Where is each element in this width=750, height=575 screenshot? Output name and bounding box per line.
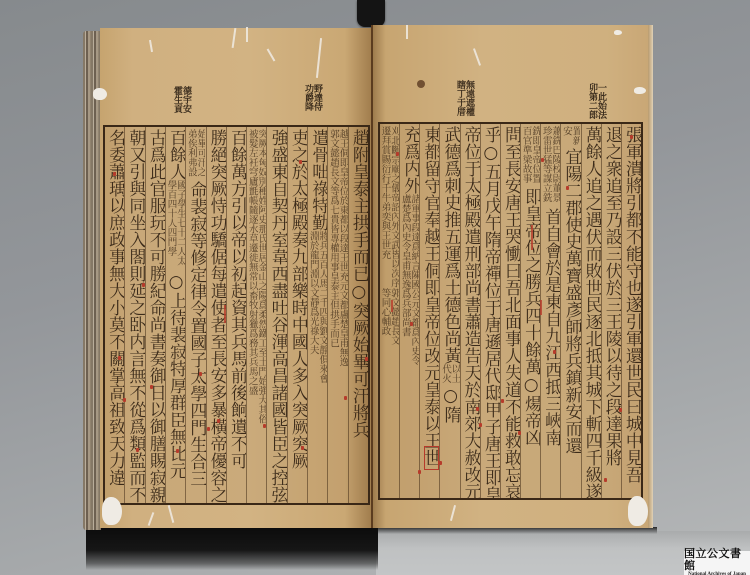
text-column: 帝位于太極殿遣刑部尚書蕭造告天於南郊大赦改元 xyxy=(460,124,480,498)
book-shadow xyxy=(86,526,378,570)
main-text: 退之衆追至乃設三伏於三王陵以待之段達果將 xyxy=(602,126,621,466)
red-punctuation-mark xyxy=(199,372,202,376)
text-column: 萬餘人追之遇伏而敗世民逐北抵其城下斬四千級遂 xyxy=(581,124,601,498)
spine-gutter xyxy=(371,25,373,528)
red-box-mark xyxy=(424,446,439,470)
paper-tear xyxy=(246,27,248,42)
red-punctuation-mark xyxy=(518,431,521,435)
annotation-text: 刈北斷宗廟之儀帝詔內外文武皆以次序遷拜賞賜衍行千牛弟奕與王世充 xyxy=(380,126,399,288)
annotation-text: 越王侗即皇帝位於東都以段達王世充元文都盧楚皇甫無逸郭文懿趙長文等爲七貴皆專權用事… xyxy=(329,129,348,371)
right-text-frame: 張軍潰將引都不能守也遂引軍還世民曰城中見吾 退之衆追至乃設三伏於三王陵以待之段達… xyxy=(378,122,643,500)
main-text: 帝位于太極殿遣刑部尚書蕭造告天於南郊大赦改元 xyxy=(461,126,480,498)
main-text: 充爲内外 xyxy=(400,126,419,194)
text-column: 朝又引與同坐入閤則延之卧内言無不從爲類監而不 xyxy=(124,127,144,503)
red-punctuation-mark xyxy=(365,357,368,361)
text-column: 吏之於太極殿奏九部樂時中國人多入突厥突厥 xyxy=(287,127,307,503)
red-punctuation-mark xyxy=(113,172,116,176)
text-column: 問至長安唐王哭慟曰吾北面事人失道不能救敢忘哀 xyxy=(500,124,520,498)
main-text: 名委蕭瑀以庶政事無大小莫不關掌高祖致天力違 xyxy=(105,129,124,486)
red-punctuation-mark xyxy=(150,385,153,389)
right-header-label-2: 一此始法卯第二郎 xyxy=(587,83,605,123)
main-text: 百餘萬方引以帝以初起資其兵馬前後餉遺不可 xyxy=(227,129,246,469)
red-punctuation-mark xyxy=(501,399,504,403)
red-punctuation-mark xyxy=(566,186,569,190)
red-punctuation-mark xyxy=(479,423,482,427)
left-header-label-1: 德宇安霍生貢 xyxy=(172,86,190,116)
main-text: ○隋 xyxy=(441,386,460,423)
red-punctuation-mark xyxy=(301,446,304,450)
red-punctuation-mark xyxy=(118,356,121,360)
annotation-text: 始畢可汗之弟俟利弗設 xyxy=(186,129,205,181)
annotation-text: 國子學生七十二人太學百四十人四門學 xyxy=(166,180,185,272)
annotation-text: 將兵五百人馬二千匹與劉文靜俱來會淵於龍門淵以文靜爲光祿大夫 xyxy=(308,231,327,383)
main-text: 宜陽二郡使史萬寶盛彥師將兵鎮新安而還 xyxy=(561,148,580,454)
red-punctuation-mark xyxy=(344,396,347,400)
text-column: 勝絕突厥恃功驕倨每遣使者至長安多暴橫帝優容之 xyxy=(206,127,226,503)
red-punctuation-mark xyxy=(410,322,413,326)
book-shadow-right xyxy=(372,527,657,534)
left-header-label-2: 野達侍功爵降 xyxy=(303,84,321,114)
binder-clip xyxy=(357,0,385,27)
text-column: 百餘人 國子學生七十二人太學百四十人四門學 ○上待裴寂特厚群臣無比元 xyxy=(165,127,185,503)
text-column: 東都留守官奉越王侗即皇帝位改元皇泰以王世 xyxy=(419,124,439,498)
red-punctuation-mark xyxy=(630,135,633,139)
page-stack-edge xyxy=(83,31,101,530)
paper-damage-spot xyxy=(628,496,648,526)
text-column: 張軍潰將引都不能守也遂引軍還世民曰城中見吾 xyxy=(621,124,641,498)
annotation-text: 銑即皇帝位置百官準梁故事 xyxy=(521,126,540,188)
red-underline-mark xyxy=(540,300,542,315)
main-text: 古爲此官服玩不可勝紀命尚書奏御日以御膳賜寂親 xyxy=(146,129,165,503)
right-page: 無遠遮權瞎丁于厝 一此始法卯第二郎 張軍潰將引都不能守也遂引軍還世民曰城中見吾 … xyxy=(372,25,648,528)
annotation-text: 諸軍事段達爲納言陳國公元文都爲內史令盧楚爲內史令皇甫無逸爲兵部尚書 xyxy=(400,194,419,366)
text-column: 刈北斷宗廟之儀帝詔內外文武皆以次序遷拜賞賜衍行千牛弟奕與王世充 郭文懿趙長文等同… xyxy=(380,124,399,498)
annotation-text: 置新安 xyxy=(561,126,580,148)
text-column: 始畢可汗之弟俟利弗設 命裴寂等修定律令置國子太學四門生合三 xyxy=(185,127,205,503)
red-punctuation-mark xyxy=(476,407,479,411)
red-punctuation-mark xyxy=(619,408,622,412)
text-column: 蕭銑巴陵校尉董景珍雷世猛等謀立銑 首自會於是東自九江西抵三峽南 xyxy=(540,124,560,498)
text-column: 突厥本匈奴別種姓阿史那氏世居金山之陽爲柔然鐵工至土門始強大其俗被髮左衽穹廬氈帳隨… xyxy=(246,127,266,503)
red-punctuation-mark xyxy=(123,398,126,402)
main-text: ○上待裴寂特厚群臣無比元 xyxy=(166,272,185,479)
text-column: 趙附皇泰主拱手而已○突厥始畢可汗將兵 xyxy=(348,127,368,503)
text-column: 銑即皇帝位置百官準梁故事 即皇帝位之勝兵四十餘萬○煬帝凶 xyxy=(520,124,540,498)
left-text-frame: 趙附皇泰主拱手而已○突厥始畢可汗將兵 越王侗即皇帝位於東都以段達王世充元文都盧楚… xyxy=(103,125,370,505)
text-column: 強盛東自契丹室韋西盡吐谷渾高昌諸國皆臣之控弦 xyxy=(266,127,286,503)
main-text: 強盛東自契丹室韋西盡吐谷渾高昌諸國皆臣之控弦 xyxy=(268,129,287,503)
text-column: 武德爲刺史推五運爲土德色尚黃 以土代火 ○隋 xyxy=(439,124,459,498)
text-column: 越王侗即皇帝位於東都以段達王世充元文都盧楚皇甫無逸郭文懿趙長文等爲七貴皆專權用事… xyxy=(327,127,347,503)
text-column: 退之衆追至乃設三伏於三王陵以待之段達果將 xyxy=(601,124,621,498)
main-text: 命裴寂等修定律令置國子太學四門生合三 xyxy=(186,181,205,487)
text-column: 百餘萬方引以帝以初起資其兵馬前後餉遺不可 xyxy=(226,127,246,503)
red-punctuation-mark xyxy=(396,152,399,156)
text-column: 充爲内外 諸軍事段達爲納言陳國公元文都爲內史令盧楚爲內史令皇甫無逸爲兵部尚書 xyxy=(399,124,419,498)
annotation-text: 郭文懿趙長文等同心輔政 xyxy=(380,288,399,350)
main-text: 吏之於太極殿奏九部樂時中國人多入突厥突厥 xyxy=(288,129,307,469)
main-text: 武德爲刺史推五運爲土德色尚黃 xyxy=(441,126,460,364)
text-column: 置新安 宜陽二郡使史萬寶盛彥師將兵鎮新安而還 xyxy=(560,124,580,498)
main-text: 百餘人 xyxy=(166,129,185,180)
red-punctuation-mark xyxy=(439,461,442,465)
main-text: 遣骨咄祿特勤 xyxy=(308,129,327,231)
red-punctuation-mark xyxy=(541,158,544,162)
watermark-title: 国立公文書館 xyxy=(684,548,750,572)
red-underline-mark xyxy=(391,300,393,312)
annotation-text: 蕭銑巴陵校尉董景珍雷世猛等謀立銑 xyxy=(541,126,560,208)
red-punctuation-mark xyxy=(207,427,210,431)
main-text: 首自會於是東自九江西抵三峽南 xyxy=(541,208,560,446)
right-header-label-1: 無遠遮權瞎丁于厝 xyxy=(455,80,473,120)
main-text: 問至長安唐王哭慟曰吾北面事人失道不能救敢忘哀 xyxy=(501,126,520,498)
main-text: 東都留守官奉越王侗即皇帝位改元皇泰以王世 xyxy=(420,126,439,466)
red-punctuation-mark xyxy=(553,350,556,354)
paper-damage-spot xyxy=(634,87,646,94)
text-column: 遣骨咄祿特勤 將兵五百人馬二千匹與劉文靜俱來會淵於龍門淵以文靜爲光祿大夫 xyxy=(307,127,327,503)
red-punctuation-mark xyxy=(263,424,266,428)
annotation-text: 以土代火 xyxy=(441,364,460,386)
archive-watermark: 国立公文書館 National Archives of Japan xyxy=(684,551,750,575)
red-punctuation-mark xyxy=(142,283,145,287)
right-text-columns: 張軍潰將引都不能守也遂引軍還世民曰城中見吾 退之衆追至乃設三伏於三王陵以待之段達… xyxy=(380,124,641,498)
left-text-columns: 趙附皇泰主拱手而已○突厥始畢可汗將兵 越王侗即皇帝位於東都以段達王世充元文都盧楚… xyxy=(105,127,368,503)
red-punctuation-mark xyxy=(299,160,302,164)
red-punctuation-mark xyxy=(136,448,139,452)
red-underline-mark xyxy=(224,305,226,323)
paper-damage-spot xyxy=(614,30,622,35)
paper-tear xyxy=(406,25,408,39)
red-punctuation-mark xyxy=(176,449,179,453)
text-column: 名委蕭瑀以庶政事無大小莫不關掌高祖致天力違 xyxy=(105,127,124,503)
main-text: 勝絕突厥恃功驕倨每遣使者至長安多暴橫帝優容之 xyxy=(207,129,226,503)
red-underline-mark xyxy=(531,225,533,250)
text-column: 古爲此官服玩不可勝紀命尚書奏御日以御膳賜寂親 xyxy=(145,127,165,503)
red-punctuation-mark xyxy=(418,470,421,474)
red-punctuation-mark xyxy=(217,419,220,423)
main-text: 趙附皇泰主拱手而已○突厥始畢可汗將兵 xyxy=(349,129,368,438)
main-text: 朝又引與同坐入閤則延之卧内言無不從爲類監而不 xyxy=(125,129,144,503)
ink-blot xyxy=(417,80,425,88)
paper-damage-spot xyxy=(102,497,122,525)
main-text: 萬餘人追之遇伏而敗世民逐北抵其城下斬四千級遂 xyxy=(582,126,601,498)
red-punctuation-mark xyxy=(604,478,607,482)
paper-damage-spot xyxy=(93,88,107,100)
right-page-edge xyxy=(648,25,653,528)
left-page: 德宇安霍生貢 野達侍功爵降 趙附皇泰主拱手而已○突厥始畢可汗將兵 越王侗即皇帝位… xyxy=(100,28,372,528)
text-column: 乎○五月戊午隋帝禪位于唐遜居代邸甲子唐王即皇 xyxy=(480,124,500,498)
main-text: 張軍潰將引都不能守也遂引軍還世民曰城中見吾 xyxy=(622,126,641,483)
main-text: 乎○五月戊午隋帝禪位于唐遜居代邸甲子唐王即皇 xyxy=(481,126,500,498)
annotation-text: 突厥本匈奴別種姓阿史那氏世居金山之陽爲柔然鐵工至土門始強大其俗被髮左衽穹廬氈帳隨… xyxy=(247,129,266,431)
